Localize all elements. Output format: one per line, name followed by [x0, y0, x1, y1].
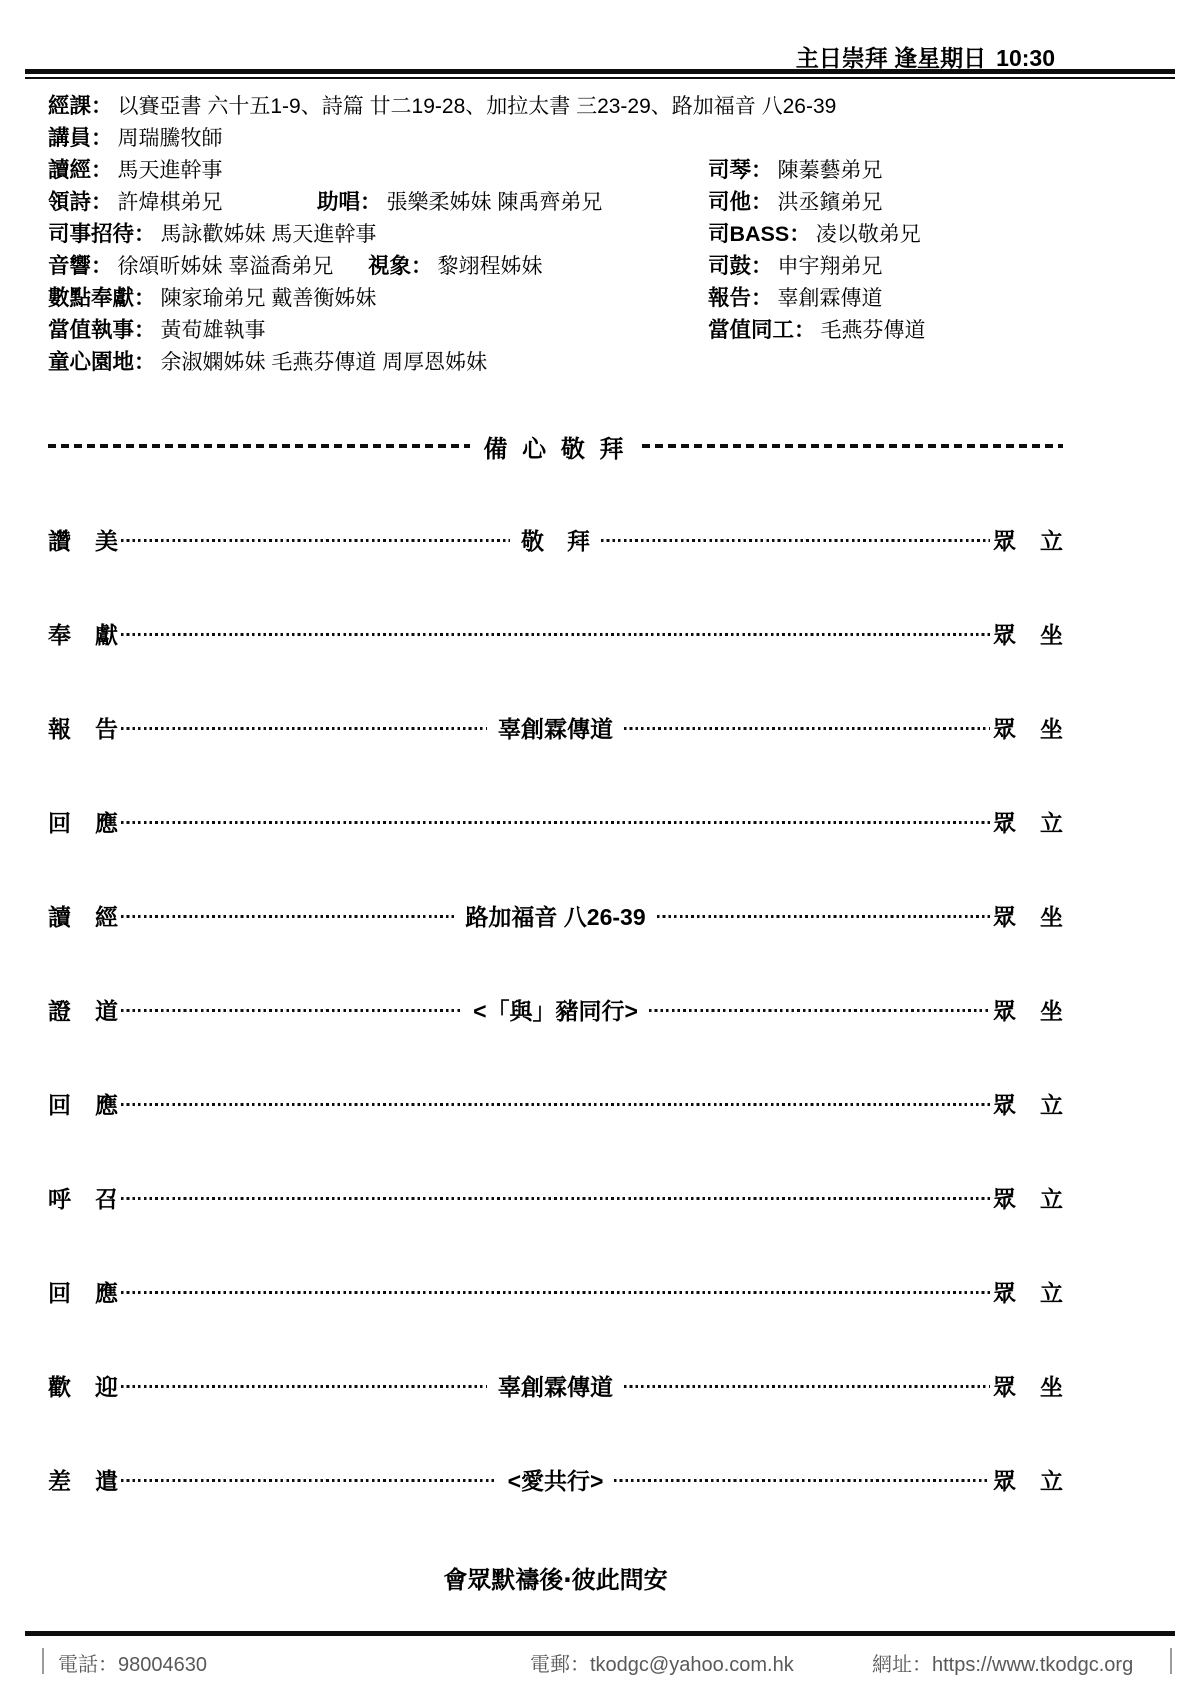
footer-email-label: 電郵：: [530, 1654, 590, 1676]
service-item-name: 報告: [48, 711, 118, 744]
roster-value: 以賽亞書 六十五1-9、詩篇 廿二19-28、加拉太書 三23-29、路加福音 …: [118, 95, 837, 118]
roster-label: 司他：: [708, 190, 773, 214]
service-row: 差遣<愛共行>眾立: [48, 1432, 1063, 1526]
roster-value: 陳蓁藝弟兄: [778, 159, 883, 182]
service-item-name-char: 告: [95, 711, 118, 744]
posture-char: 眾: [993, 1463, 1016, 1496]
roster-cell: 童心園地：余淑嫻姊妹 毛燕芬傳道 周厚恩姊妹: [48, 351, 487, 374]
roster-label: 音響：: [48, 254, 113, 278]
posture-label: 眾立: [993, 1275, 1063, 1308]
service-item-name: 回應: [48, 1275, 118, 1308]
roster-label: 當值執事：: [48, 318, 156, 342]
service-item-name-char: 應: [95, 1087, 118, 1120]
dotted-leader: [121, 821, 990, 824]
service-row: 回應眾立: [48, 1244, 1063, 1338]
posture-char: 坐: [1040, 711, 1063, 744]
posture-char: 眾: [993, 523, 1016, 556]
roster-cell: 當值同工：毛燕芬傳道: [708, 314, 926, 347]
service-item-name-char: 讚: [48, 523, 71, 556]
roster-cell: 司事招待：馬詠歡姊妹 馬天進幹事: [48, 223, 376, 246]
roster-value: 洪丞鑌弟兄: [778, 191, 883, 214]
roster-cell: 音響：徐頌昕姊妹 辜溢喬弟兄: [48, 255, 333, 278]
roster-cell: 助唱：張樂柔姊妹 陳禹齊弟兄: [317, 186, 602, 219]
roster-value: 許煒棋弟兄: [118, 191, 223, 214]
service-item-name-char: 回: [48, 805, 71, 838]
posture-char: 眾: [993, 899, 1016, 932]
service-item-name-char: 呼: [48, 1181, 71, 1214]
posture-char: 眾: [993, 1087, 1016, 1120]
service-item-name: 歡迎: [48, 1369, 118, 1402]
bulletin-page: 主日崇拜 逢星期日10:30 經課：以賽亞書 六十五1-9、詩篇 廿二19-28…: [0, 0, 1200, 1697]
section-title: 備 心 敬 拜: [484, 429, 628, 464]
posture-label: 眾坐: [993, 899, 1063, 932]
roster-label: 講員：: [48, 126, 113, 150]
footer-email-value: tkodgc@yahoo.com.hk: [590, 1654, 794, 1676]
service-item-name-char: 差: [48, 1463, 71, 1496]
roster-label: 當值同工：: [708, 318, 816, 342]
roster-cell: 司琴：陳蓁藝弟兄: [708, 154, 883, 187]
posture-char: 眾: [993, 1369, 1016, 1402]
roster-row: 當值執事：黃荀雄執事當值同工：毛燕芬傳道: [48, 314, 1170, 346]
dotted-leader: [601, 539, 990, 542]
service-item-center: 路加福音 八26-39: [457, 899, 653, 932]
dotted-leader: [624, 1385, 990, 1388]
footer-phone: 電話：98004630: [58, 1648, 207, 1677]
roster-label: 視象：: [368, 254, 433, 278]
posture-char: 立: [1040, 1275, 1063, 1308]
posture-label: 眾立: [993, 1181, 1063, 1214]
dotted-leader: [121, 1479, 497, 1482]
roster-row: 數點奉獻：陳家瑜弟兄 戴善衡姊妹報告：辜創霖傳道: [48, 282, 1170, 314]
roster-label: 司鼓：: [708, 254, 773, 278]
service-row: 呼召眾立: [48, 1150, 1063, 1244]
roster-cell: 報告：辜創霖傳道: [708, 282, 883, 315]
roster-cell: 司鼓：申宇翔弟兄: [708, 250, 883, 283]
service-row: 證道<「與」豬同行>眾坐: [48, 962, 1063, 1056]
service-item-name: 證道: [48, 993, 118, 1026]
posture-char: 立: [1040, 1087, 1063, 1120]
posture-char: 坐: [1040, 1369, 1063, 1402]
dotted-leader: [624, 727, 990, 730]
page-title: 主日崇拜 逢星期日: [796, 45, 986, 71]
service-item-name: 回應: [48, 805, 118, 838]
roster-label: 經課：: [48, 94, 113, 118]
dotted-leader: [121, 1009, 462, 1012]
service-item-name-char: 報: [48, 711, 71, 744]
service-item-name-char: 獻: [95, 617, 118, 650]
posture-label: 眾坐: [993, 1369, 1063, 1402]
service-item-name: 差遣: [48, 1463, 118, 1496]
posture-char: 眾: [993, 617, 1016, 650]
service-row: 回應眾立: [48, 1056, 1063, 1150]
roster-label: 報告：: [708, 286, 773, 310]
roster-value: 馬天進幹事: [118, 159, 223, 182]
posture-char: 坐: [1040, 899, 1063, 932]
roster-value: 周瑞騰牧師: [118, 127, 223, 150]
roster-value: 黎翊程姊妹: [438, 255, 543, 278]
roster-value: 毛燕芬傳道: [821, 319, 926, 342]
service-row: 歡迎辜創霖傳道眾坐: [48, 1338, 1063, 1432]
roster-cell: 視象：黎翊程姊妹: [368, 250, 543, 283]
roster-row: 經課：以賽亞書 六十五1-9、詩篇 廿二19-28、加拉太書 三23-29、路加…: [48, 90, 1170, 122]
service-item-center: 辜創霖傳道: [490, 1369, 621, 1402]
service-item-name-char: 證: [48, 993, 71, 1026]
service-item-name-char: 奉: [48, 617, 71, 650]
roster-label: 童心園地：: [48, 350, 156, 374]
service-item-name-char: 道: [95, 993, 118, 1026]
roster-value: 凌以敬弟兄: [816, 223, 921, 246]
footer-website-value: https://www.tkodgc.org: [932, 1654, 1133, 1676]
roster-cell: 領詩：許煒棋弟兄: [48, 191, 223, 214]
service-row: 報告辜創霖傳道眾坐: [48, 680, 1063, 774]
roster-cell: 講員：周瑞騰牧師: [48, 127, 223, 150]
posture-char: 坐: [1040, 993, 1063, 1026]
posture-label: 眾立: [993, 1087, 1063, 1120]
service-item-name: 奉獻: [48, 617, 118, 650]
service-row: 讀經路加福音 八26-39眾坐: [48, 868, 1063, 962]
service-item-name-char: 回: [48, 1087, 71, 1120]
roster-row: 司事招待：馬詠歡姊妹 馬天進幹事司BASS：凌以敬弟兄: [48, 218, 1170, 250]
dotted-leader: [614, 1479, 990, 1482]
service-item-name-char: 經: [95, 899, 118, 932]
posture-char: 立: [1040, 1181, 1063, 1214]
posture-char: 立: [1040, 805, 1063, 838]
top-rule-thick: [25, 69, 1175, 74]
service-item-name: 讀經: [48, 899, 118, 932]
service-item-name-char: 遣: [95, 1463, 118, 1496]
roster-cell: 數點奉獻：陳家瑜弟兄 戴善衡姊妹: [48, 287, 376, 310]
service-row: 奉獻眾坐: [48, 586, 1063, 680]
service-item-name-char: 美: [95, 523, 118, 556]
roster-row: 音響：徐頌昕姊妹 辜溢喬弟兄視象：黎翊程姊妹司鼓：申宇翔弟兄: [48, 250, 1170, 282]
roster-cell: 司BASS：凌以敬弟兄: [708, 218, 921, 251]
footer-phone-value: 98004630: [118, 1654, 207, 1676]
service-row: 回應眾立: [48, 774, 1063, 868]
posture-label: 眾坐: [993, 617, 1063, 650]
roster-value: 黃荀雄執事: [161, 319, 266, 342]
roster-value: 張樂柔姊妹 陳禹齊弟兄: [387, 191, 603, 214]
roster-row: 領詩：許煒棋弟兄助唱：張樂柔姊妹 陳禹齊弟兄司他：洪丞鑌弟兄: [48, 186, 1170, 218]
posture-char: 立: [1040, 523, 1063, 556]
roster-cell: 當值執事：黃荀雄執事: [48, 319, 266, 342]
roster-label: 助唱：: [317, 190, 382, 214]
service-item-name: 呼召: [48, 1181, 118, 1214]
dotted-leader: [649, 1009, 990, 1012]
roster: 經課：以賽亞書 六十五1-9、詩篇 廿二19-28、加拉太書 三23-29、路加…: [48, 90, 1170, 378]
dotted-leader: [121, 1103, 990, 1106]
posture-char: 眾: [993, 1181, 1016, 1214]
roster-value: 余淑嫻姊妹 毛燕芬傳道 周厚恩姊妹: [161, 351, 488, 374]
service-item-name: 回應: [48, 1087, 118, 1120]
service-item-name-char: 應: [95, 805, 118, 838]
service-row: 讚美敬 拜眾立: [48, 492, 1063, 586]
roster-label: 司事招待：: [48, 222, 156, 246]
dotted-leader: [121, 1197, 990, 1200]
posture-char: 眾: [993, 1275, 1016, 1308]
dotted-leader: [121, 633, 990, 636]
footer-website: 網址：https://www.tkodgc.org: [872, 1648, 1133, 1677]
service-time: 10:30: [996, 45, 1055, 71]
roster-value: 陳家瑜弟兄 戴善衡姊妹: [161, 287, 377, 310]
divider-dash-right: [642, 444, 1064, 448]
roster-cell: 司他：洪丞鑌弟兄: [708, 186, 883, 219]
dotted-leader: [121, 1291, 990, 1294]
service-item-name-char: 讀: [48, 899, 71, 932]
roster-value: 馬詠歡姊妹 馬天進幹事: [161, 223, 377, 246]
posture-label: 眾立: [993, 523, 1063, 556]
footer-border-left: [42, 1648, 44, 1674]
roster-row: 讀經：馬天進幹事司琴：陳蓁藝弟兄: [48, 154, 1170, 186]
closing-note: 會眾默禱後‧彼此問安: [48, 1560, 1063, 1595]
footer-email: 電郵：tkodgc@yahoo.com.hk: [530, 1648, 794, 1677]
roster-label: 讀經：: [48, 158, 113, 182]
order-of-service: 讚美敬 拜眾立奉獻眾坐報告辜創霖傳道眾坐回應眾立讀經路加福音 八26-39眾坐證…: [48, 492, 1063, 1526]
top-rule-thin: [25, 77, 1175, 79]
service-item-center: <愛共行>: [500, 1463, 612, 1496]
posture-label: 眾坐: [993, 993, 1063, 1026]
service-item-name-char: 歡: [48, 1369, 71, 1402]
service-item-center: 敬 拜: [513, 523, 598, 556]
service-item-center: 辜創霖傳道: [490, 711, 621, 744]
service-item-name-char: 召: [95, 1181, 118, 1214]
roster-cell: 讀經：馬天進幹事: [48, 159, 223, 182]
service-item-name-char: 迎: [95, 1369, 118, 1402]
service-item-center: <「與」豬同行>: [465, 993, 646, 1026]
posture-char: 立: [1040, 1463, 1063, 1496]
dotted-leader: [657, 915, 990, 918]
divider-dash-left: [48, 444, 470, 448]
footer-border-right: [1170, 1648, 1172, 1674]
roster-label: 數點奉獻：: [48, 286, 156, 310]
service-item-name: 讚美: [48, 523, 118, 556]
roster-label: 司琴：: [708, 158, 773, 182]
posture-char: 眾: [993, 805, 1016, 838]
roster-value: 徐頌昕姊妹 辜溢喬弟兄: [118, 255, 334, 278]
section-divider: 備 心 敬 拜: [48, 431, 1063, 461]
posture-char: 眾: [993, 711, 1016, 744]
posture-label: 眾坐: [993, 711, 1063, 744]
dotted-leader: [121, 727, 487, 730]
roster-label: 領詩：: [48, 190, 113, 214]
posture-label: 眾立: [993, 1463, 1063, 1496]
bottom-rule: [25, 1631, 1175, 1636]
roster-row: 童心園地：余淑嫻姊妹 毛燕芬傳道 周厚恩姊妹: [48, 346, 1170, 378]
roster-cell: 經課：以賽亞書 六十五1-9、詩篇 廿二19-28、加拉太書 三23-29、路加…: [48, 95, 836, 118]
roster-label: 司BASS：: [708, 222, 811, 246]
roster-row: 講員：周瑞騰牧師: [48, 122, 1170, 154]
posture-label: 眾立: [993, 805, 1063, 838]
service-item-name-char: 應: [95, 1275, 118, 1308]
roster-value: 申宇翔弟兄: [778, 255, 883, 278]
roster-value: 辜創霖傳道: [778, 287, 883, 310]
service-item-name-char: 回: [48, 1275, 71, 1308]
dotted-leader: [121, 1385, 487, 1388]
footer-website-label: 網址：: [872, 1654, 932, 1676]
dotted-leader: [121, 539, 510, 542]
posture-char: 眾: [993, 993, 1016, 1026]
footer-phone-label: 電話：: [58, 1654, 118, 1676]
top-rule: [25, 69, 1175, 79]
dotted-leader: [121, 915, 454, 918]
posture-char: 坐: [1040, 617, 1063, 650]
footer: 電話：98004630 電郵：tkodgc@yahoo.com.hk 網址：ht…: [0, 1644, 1200, 1684]
